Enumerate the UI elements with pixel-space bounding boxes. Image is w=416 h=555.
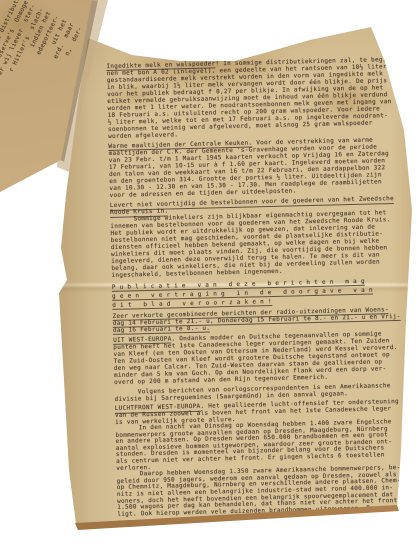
paragraph: LUCHTFRONT WEST-EUROPA. Het geallieerde … [115, 399, 416, 518]
paragraph: Ingedikte melk en walspoeder! In sommige… [106, 56, 408, 140]
underlined-heading: d i t b l a d v e r o o r z a k e n ! [112, 298, 272, 310]
paragraph: UIT WEST-EUROPA. Ondanks modder en Duits… [113, 330, 414, 386]
photograph: - 3 - Ingedikte melk en walspoeder! In s… [0, 0, 416, 555]
page-number: - 3 - [106, 44, 346, 58]
paragraph: Warme maaltijden der Centrale Keuken. Vo… [108, 136, 409, 199]
text-segment: worden afgeleverd. [108, 131, 178, 140]
paragraph: P u b l i c a t i e v a n d e z e b e r … [112, 275, 413, 309]
paragraph: Zeer verkorte gecombineerde berichten de… [112, 305, 412, 333]
underlined-heading: dag 16 Februari te 8.- u. [113, 324, 210, 335]
document-text: - 3 - Ingedikte melk en walspoeder! In s… [106, 43, 416, 522]
document-body: Ingedikte melk en walspoeder! In sommige… [106, 56, 416, 519]
paragraph: Levert niet voortijdig de bestelbonnen v… [110, 195, 412, 279]
